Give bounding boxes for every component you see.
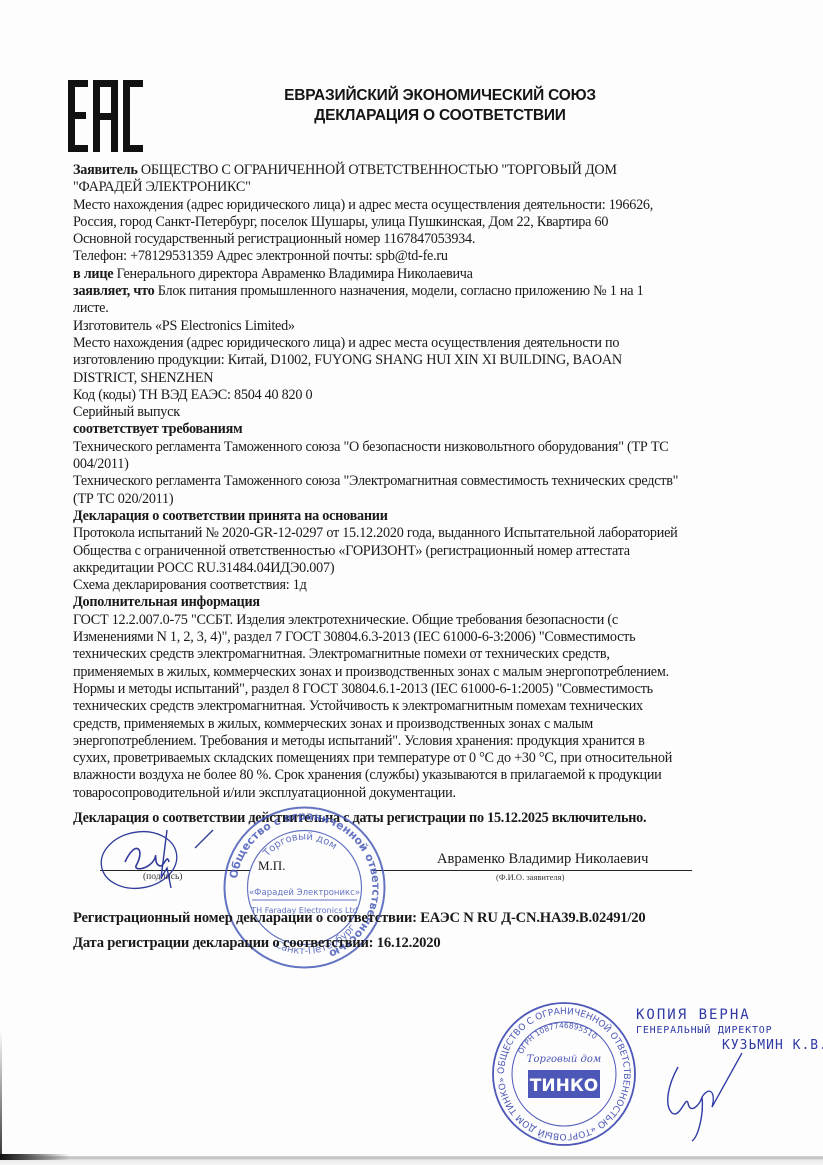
- applicant-address: Место нахождения (адрес юридического лиц…: [73, 197, 773, 214]
- declaration-body: Заявитель ОБЩЕСТВО С ОГРАНИЧЕННОЙ ОТВЕТС…: [73, 162, 773, 827]
- additional-line: товаросопроводительной и/или эксплуатаци…: [73, 785, 773, 802]
- tinko-seal-icon: ОБЩЕСТВО С ОГРАНИЧЕННОЙ ОТВЕТСТВЕННОСТЬЮ…: [490, 1000, 638, 1148]
- applicant-ogrn: Основной государственный регистрационный…: [73, 231, 773, 248]
- additional-line: влажности воздуха не более 80 %. Срок хр…: [73, 767, 773, 784]
- scan-edge-bottom: [0, 1156, 823, 1165]
- declaration-scheme: Схема декларирования соответствия: 1д: [73, 577, 773, 594]
- regulation-2: Технического регламента Таможенного союз…: [73, 473, 773, 490]
- manufacturer-name: Изготовитель «PS Electronics Limited»: [73, 318, 773, 335]
- registration-number: Регистрационный номер декларации о соотв…: [73, 906, 645, 931]
- product-text-cont: листе.: [73, 300, 773, 317]
- scan-edge-left: [0, 1030, 2, 1160]
- release-type: Серийный выпуск: [73, 404, 773, 421]
- declaration-page: ЕВРАЗИЙСКИЙ ЭКОНОМИЧЕСКИЙ СОЮЗ ДЕКЛАРАЦИ…: [0, 0, 823, 1165]
- hs-code: Код (коды) ТН ВЭД ЕАЭС: 8504 40 820 0: [73, 387, 773, 404]
- signature-scribble-icon: [95, 820, 225, 895]
- additional-line: энергопотреблением. Требования и методы …: [73, 733, 773, 750]
- union-title: ЕВРАЗИЙСКИЙ ЭКОНОМИЧЕСКИЙ СОЮЗ: [230, 86, 650, 106]
- document-title: ДЕКЛАРАЦИЯ О СООТВЕТСТВИИ: [230, 106, 650, 126]
- applicant-name-cont: "ФАРАДЕЙ ЭЛЕКТРОНИКС": [73, 179, 773, 196]
- director-signature-icon: [650, 1045, 760, 1145]
- manufacturer-address: Место нахождения (адрес юридического лиц…: [73, 335, 773, 352]
- svg-text:ТИНКО: ТИНКО: [530, 1076, 598, 1096]
- registration-block: Регистрационный номер декларации о соотв…: [73, 906, 645, 956]
- director-title: ГЕНЕРАЛЬНЫЙ ДИРЕКТОР: [636, 1025, 823, 1036]
- applicant-address-cont: Россия, город Санкт-Петербург, поселок Ш…: [73, 214, 773, 231]
- regulation-1: Технического регламента Таможенного союз…: [73, 439, 773, 456]
- additional-line: технических средств электромагнитная. Эл…: [73, 646, 773, 663]
- additional-info-title: Дополнительная информация: [73, 594, 773, 611]
- person-name: Генерального директора Авраменко Владими…: [113, 266, 472, 282]
- registration-date: Дата регистрации декларации о соответств…: [73, 931, 645, 956]
- signer-name: Авраменко Владимир Николаевич: [437, 851, 648, 868]
- manufacturer-address-cont: изготовлению продукции: Китай, D1002, FU…: [73, 352, 773, 369]
- signer-caption: (Ф.И.О. заявителя): [496, 872, 564, 882]
- additional-line: сухих, проветриваемых складских помещени…: [73, 750, 773, 767]
- person-label: в лице: [73, 266, 113, 282]
- product-text: Блок питания промышленного назначения, м…: [155, 283, 644, 299]
- manufacturer-address-cont2: DISTRICT, SHENZHEN: [73, 370, 773, 387]
- additional-line: ГОСТ 12.2.007.0-75 "ССБТ. Изделия электр…: [73, 612, 773, 629]
- additional-line: применяемых в жилых, коммерческих зонах …: [73, 664, 773, 681]
- regulation-2-cont: (ТР ТС 020/2011): [73, 491, 773, 508]
- applicant-line: Заявитель ОБЩЕСТВО С ОГРАНИЧЕННОЙ ОТВЕТС…: [73, 162, 773, 179]
- applicant-label: Заявитель: [73, 162, 138, 178]
- declares-line: заявляет, что Блок питания промышленного…: [73, 283, 773, 300]
- applicant-contacts: Телефон: +78129531359 Адрес электронной …: [73, 248, 773, 265]
- additional-line: технических средств электромагнитная. Ус…: [73, 698, 773, 715]
- declares-label: заявляет, что: [73, 283, 155, 299]
- signer-underline: [372, 870, 692, 871]
- regulation-1-cont: 004/2011): [73, 456, 773, 473]
- requirements-title: соответствует требованиям: [73, 421, 773, 438]
- applicant-name: ОБЩЕСТВО С ОГРАНИЧЕННОЙ ОТВЕТСТВЕННОСТЬЮ…: [138, 162, 617, 178]
- basis-line-2: Общества с ограниченной ответственностью…: [73, 543, 773, 560]
- svg-text:«Фарадей Электроникс»: «Фарадей Электроникс»: [249, 888, 360, 898]
- basis-line-1: Протокола испытаний № 2020-GR-12-0297 от…: [73, 525, 773, 542]
- copy-true-label: КОПИЯ ВЕРНА: [636, 1007, 823, 1023]
- document-header: ЕВРАЗИЙСКИЙ ЭКОНОМИЧЕСКИЙ СОЮЗ ДЕКЛАРАЦИ…: [230, 86, 650, 126]
- applicant-person-line: в лице Генерального директора Авраменко …: [73, 266, 773, 283]
- additional-line: средств, применяемых в жилых, коммерческ…: [73, 716, 773, 733]
- basis-title: Декларация о соответствии принята на осн…: [73, 508, 773, 525]
- additional-line: Нормы и методы испытаний", раздел 8 ГОСТ…: [73, 681, 773, 698]
- additional-line: Изменениями N 1, 2, 3, 4)", раздел 7 ГОС…: [73, 629, 773, 646]
- svg-text:Торговый дом: Торговый дом: [527, 1054, 601, 1065]
- basis-line-3: аккредитации РОСС RU.31484.04ИДЭ0.007): [73, 560, 773, 577]
- eac-mark-icon: [68, 80, 143, 152]
